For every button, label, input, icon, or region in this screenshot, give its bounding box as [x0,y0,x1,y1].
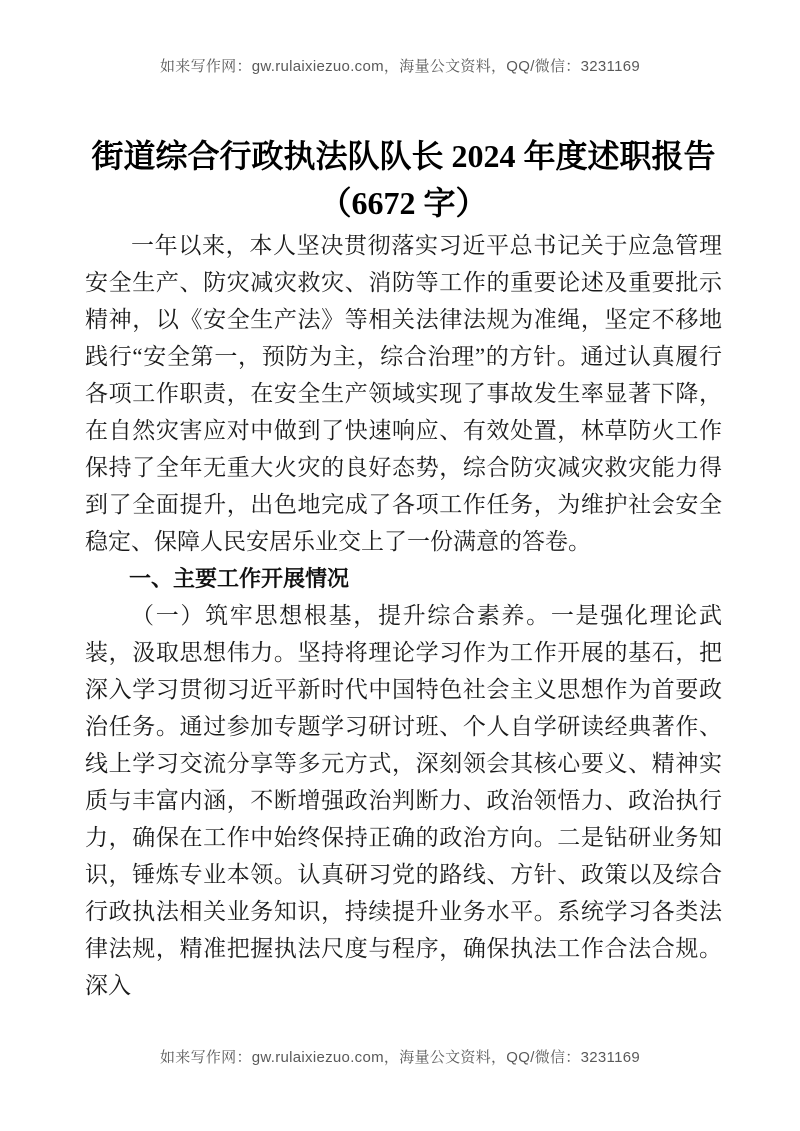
intro-paragraph: 一年以来，本人坚决贯彻落实习近平总书记关于应急管理安全生产、防灾减灾救灾、消防等… [85,227,722,560]
document-title-line1: 街道综合行政执法队队长 2024 年度述职报告 [85,133,722,180]
document-page: 如来写作网：gw.rulaixiezuo.com，海量公文资料，QQ/微信：32… [0,0,800,1131]
watermark-footer: 如来写作网：gw.rulaixiezuo.com，海量公文资料，QQ/微信：32… [0,1046,800,1067]
document-title-line2: （6672 字） [85,180,722,227]
document-title: 街道综合行政执法队队长 2024 年度述职报告 （6672 字） [85,133,722,227]
section1-heading: 一、主要工作开展情况 [85,560,722,597]
document-body: 街道综合行政执法队队长 2024 年度述职报告 （6672 字） 一年以来，本人… [85,0,722,1004]
section1-paragraph: （一）筑牢思想根基，提升综合素养。一是强化理论武装，汲取思想伟力。坚持将理论学习… [85,597,722,1004]
